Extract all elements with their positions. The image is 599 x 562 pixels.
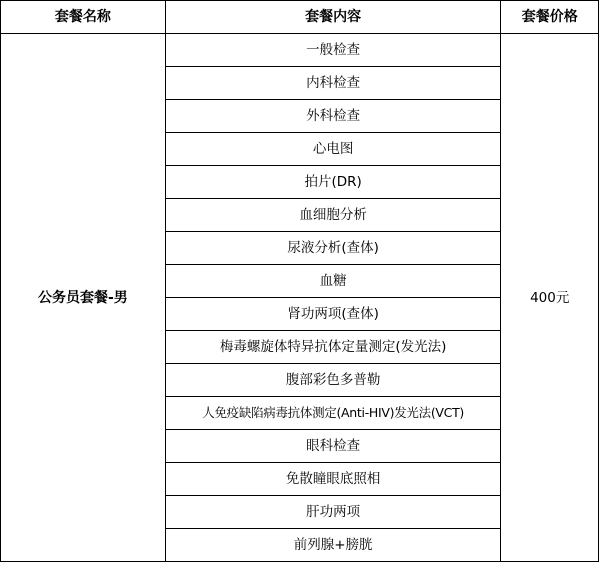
package-item: 免散瞳眼底照相: [165, 463, 501, 496]
package-item: 心电图: [165, 133, 501, 166]
table-row: 公务员套餐-男 一般检查 400元: [1, 34, 599, 67]
package-item: 梅毒螺旋体特异抗体定量测定(发光法): [165, 331, 501, 364]
package-item: 肾功两项(查体): [165, 298, 501, 331]
package-table: 套餐名称 套餐内容 套餐价格 公务员套餐-男 一般检查 400元 内科检查 外科…: [0, 0, 599, 562]
package-item: 前列腺+膀胱: [165, 529, 501, 562]
package-item: 腹部彩色多普勒: [165, 364, 501, 397]
package-price-cell: 400元: [501, 34, 599, 562]
package-item: 血糖: [165, 265, 501, 298]
package-item: 眼科检查: [165, 430, 501, 463]
package-item: 一般检查: [165, 34, 501, 67]
package-item: 血细胞分析: [165, 199, 501, 232]
package-item: 外科检查: [165, 100, 501, 133]
package-item: 内科检查: [165, 67, 501, 100]
package-item: 人免疫缺陷病毒抗体测定(Anti-HIV)发光法(VCT): [165, 397, 501, 430]
package-item: 尿液分析(查体): [165, 232, 501, 265]
package-item: 拍片(DR): [165, 166, 501, 199]
package-item: 肝功两项: [165, 496, 501, 529]
header-package-price: 套餐价格: [501, 1, 599, 34]
header-row: 套餐名称 套餐内容 套餐价格: [1, 1, 599, 34]
header-package-content: 套餐内容: [165, 1, 501, 34]
header-package-name: 套餐名称: [1, 1, 166, 34]
package-name-cell: 公务员套餐-男: [1, 34, 166, 562]
